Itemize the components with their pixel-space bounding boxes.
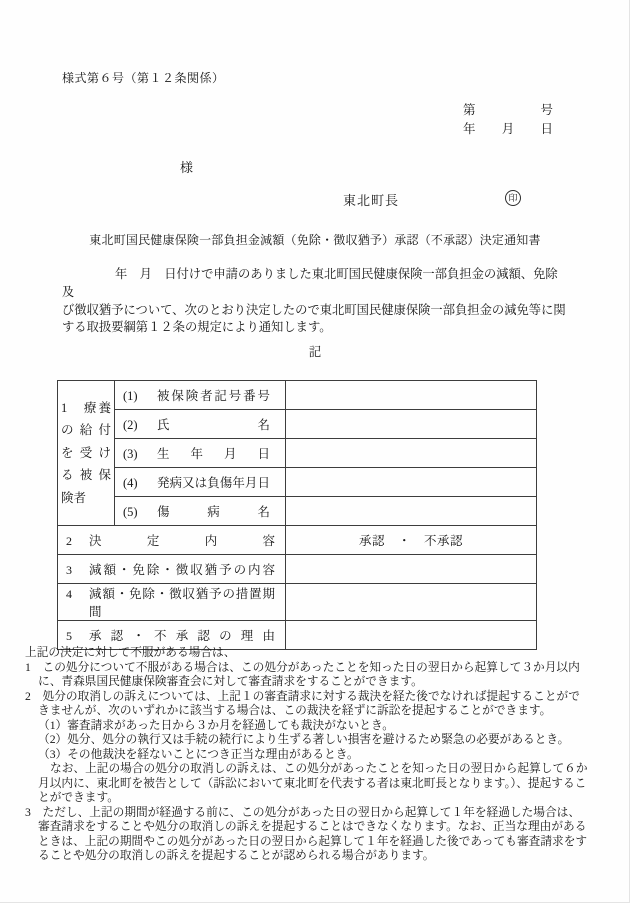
section1-heading-line: 1 療養: [61, 397, 111, 419]
section1-heading-cell: 1 療養 の給付 を受け る被保 険者: [58, 381, 115, 526]
section1-heading-line: を受け: [61, 442, 111, 464]
seal-character: 印: [508, 194, 517, 203]
row-label: 減額・免除・徴収猶予の内容: [89, 560, 275, 578]
document-title: 東北町国民健康保険一部負担金減額（免除・徴収猶予）承認（不承認）決定通知書: [0, 231, 630, 248]
table-row: 3 減額・免除・徴収猶予の内容: [58, 555, 537, 584]
row-label: 被保険者記号番号: [157, 386, 270, 404]
row-number: 2: [66, 534, 89, 549]
label-cell: (3) 生年月日: [115, 439, 286, 468]
body-paragraph: 年 月 日付けで申請のありました東北町国民健康保険一部負担金の減額、免除及 び徴…: [62, 266, 568, 337]
note-line: 2 処分の取消しの訴えについては、上記１の審査請求に対する裁決を経た後でなければ…: [25, 690, 611, 705]
issuer-row: 東北町長 印: [0, 190, 630, 208]
row-number: 4: [66, 587, 89, 602]
section1-heading-line: 険者: [61, 487, 111, 509]
value-cell: [286, 555, 537, 584]
row-label: 生年月日: [157, 444, 270, 462]
note-line: ときは、上記の期間やこの処分があった日の翌日から起算して１年を経過した後であって…: [25, 835, 611, 850]
seal-icon: 印: [505, 190, 521, 206]
section1-heading-line: る被保: [61, 464, 111, 486]
table-row: (2) 氏名: [58, 410, 537, 439]
document-meta: 第 号 年 月 日: [463, 101, 553, 139]
label-cell: (2) 氏名: [115, 410, 286, 439]
label-cell: (1) 被保険者記号番号: [115, 381, 286, 410]
row-number: (3): [123, 447, 157, 462]
row-label: 承認・不承認の理由: [89, 626, 275, 644]
date-line: 年 月 日: [463, 120, 553, 139]
number-prefix: 第: [463, 101, 476, 120]
value-cell: [286, 439, 537, 468]
row-label: 氏名: [157, 415, 270, 433]
row-number: (5): [123, 505, 157, 520]
number-suffix: 号: [540, 101, 553, 120]
row-label: 決定内容: [89, 531, 275, 549]
table-row: 2 決定内容 承認 ・ 不承認: [58, 526, 537, 555]
value-cell: [286, 381, 537, 410]
date-day: 日: [540, 120, 553, 139]
addressee-honorific: 様: [180, 157, 193, 176]
value-cell: [286, 468, 537, 497]
section1-heading-line: の給付: [61, 419, 111, 441]
ki-label: 記: [0, 342, 630, 360]
date-year: 年: [463, 120, 476, 139]
value-cell: [286, 584, 537, 621]
note-line: 審査請求をすることや処分の取消しの訴えを提起することはできなくなります。なお、正…: [25, 820, 611, 835]
document-page: 様式第６号（第１２条関係） 第 号 年 月 日 様 東北町長 印 東北町国民健康…: [0, 0, 630, 903]
table-row: (5) 傷病名: [58, 497, 537, 526]
issuer-name: 東北町長: [343, 190, 399, 209]
table-row: 4 減額・免除・徴収猶予の措置期間: [58, 584, 537, 621]
table-row: 1 療養 の給付 を受け る被保 険者 (1) 被保険者記号番号: [58, 381, 537, 410]
label-cell: 3 減額・免除・徴収猶予の内容: [58, 555, 286, 584]
note-line: ることや処分の取消しの訴えを提起することが認められる場合があります。: [25, 849, 611, 864]
document-number-line: 第 号: [463, 101, 553, 120]
form-number: 様式第６号（第１２条関係）: [62, 69, 225, 86]
appeal-notes: 上記の決定に対して不服がある場合は、 1 この処分について不服がある場合は、この…: [25, 646, 611, 864]
label-cell: (4) 発病又は負傷年月日: [115, 468, 286, 497]
row-label: 減額・免除・徴収猶予の措置期間: [89, 584, 275, 620]
table-row: (4) 発病又は負傷年月日: [58, 468, 537, 497]
label-cell: 4 減額・免除・徴収猶予の措置期間: [58, 584, 286, 621]
value-cell: [286, 497, 537, 526]
table-row: (3) 生年月日: [58, 439, 537, 468]
row-number: (4): [123, 476, 157, 491]
row-number: 3: [66, 563, 89, 578]
date-month: 月: [502, 120, 515, 139]
row-label: 傷病名: [157, 502, 270, 520]
note-line: （1）審査請求があった日から３か月を経過しても裁決がないとき。: [25, 719, 611, 734]
decision-value-cell: 承認 ・ 不承認: [286, 526, 537, 555]
row-number: (1): [123, 389, 157, 404]
row-number: (2): [123, 418, 157, 433]
note-line: （2）処分、処分の執行又は手続の続行により生ずる著しい損害を避けるため緊急の必要…: [25, 733, 611, 748]
note-line: に、青森県国民健康保険審査会に対して審査請求をすることができます。: [25, 675, 611, 690]
row-label: 発病又は負傷年月日: [157, 473, 270, 491]
value-cell: [286, 410, 537, 439]
decision-table: 1 療養 の給付 を受け る被保 険者 (1) 被保険者記号番号: [57, 380, 537, 650]
label-cell: 2 決定内容: [58, 526, 286, 555]
note-line: 3 ただし、上記の期間が経過する前に、この処分があった日の翌日から起算して１年を…: [25, 806, 611, 821]
row-number: 5: [66, 629, 89, 644]
note-line: 1 この処分について不服がある場合は、この処分があったことを知った日の翌日から起…: [25, 661, 611, 676]
note-line: 月以内に、東北町を被告として（訴訟において東北町を代表する者は東北町長となります…: [25, 777, 611, 792]
note-line: なお、上記の場合の処分の取消しの訴えは、この処分があったことを知った日の翌日から…: [25, 762, 611, 777]
note-line: きませんが、次のいずれかに該当する場合は、この裁決を経ずに訴訟を提起することがで…: [25, 704, 611, 719]
note-line: （3）その他裁決を経ないことにつき正当な理由があるとき。: [25, 748, 611, 763]
note-line: とができます。: [25, 791, 611, 806]
label-cell: (5) 傷病名: [115, 497, 286, 526]
note-line: 上記の決定に対して不服がある場合は、: [25, 646, 611, 661]
